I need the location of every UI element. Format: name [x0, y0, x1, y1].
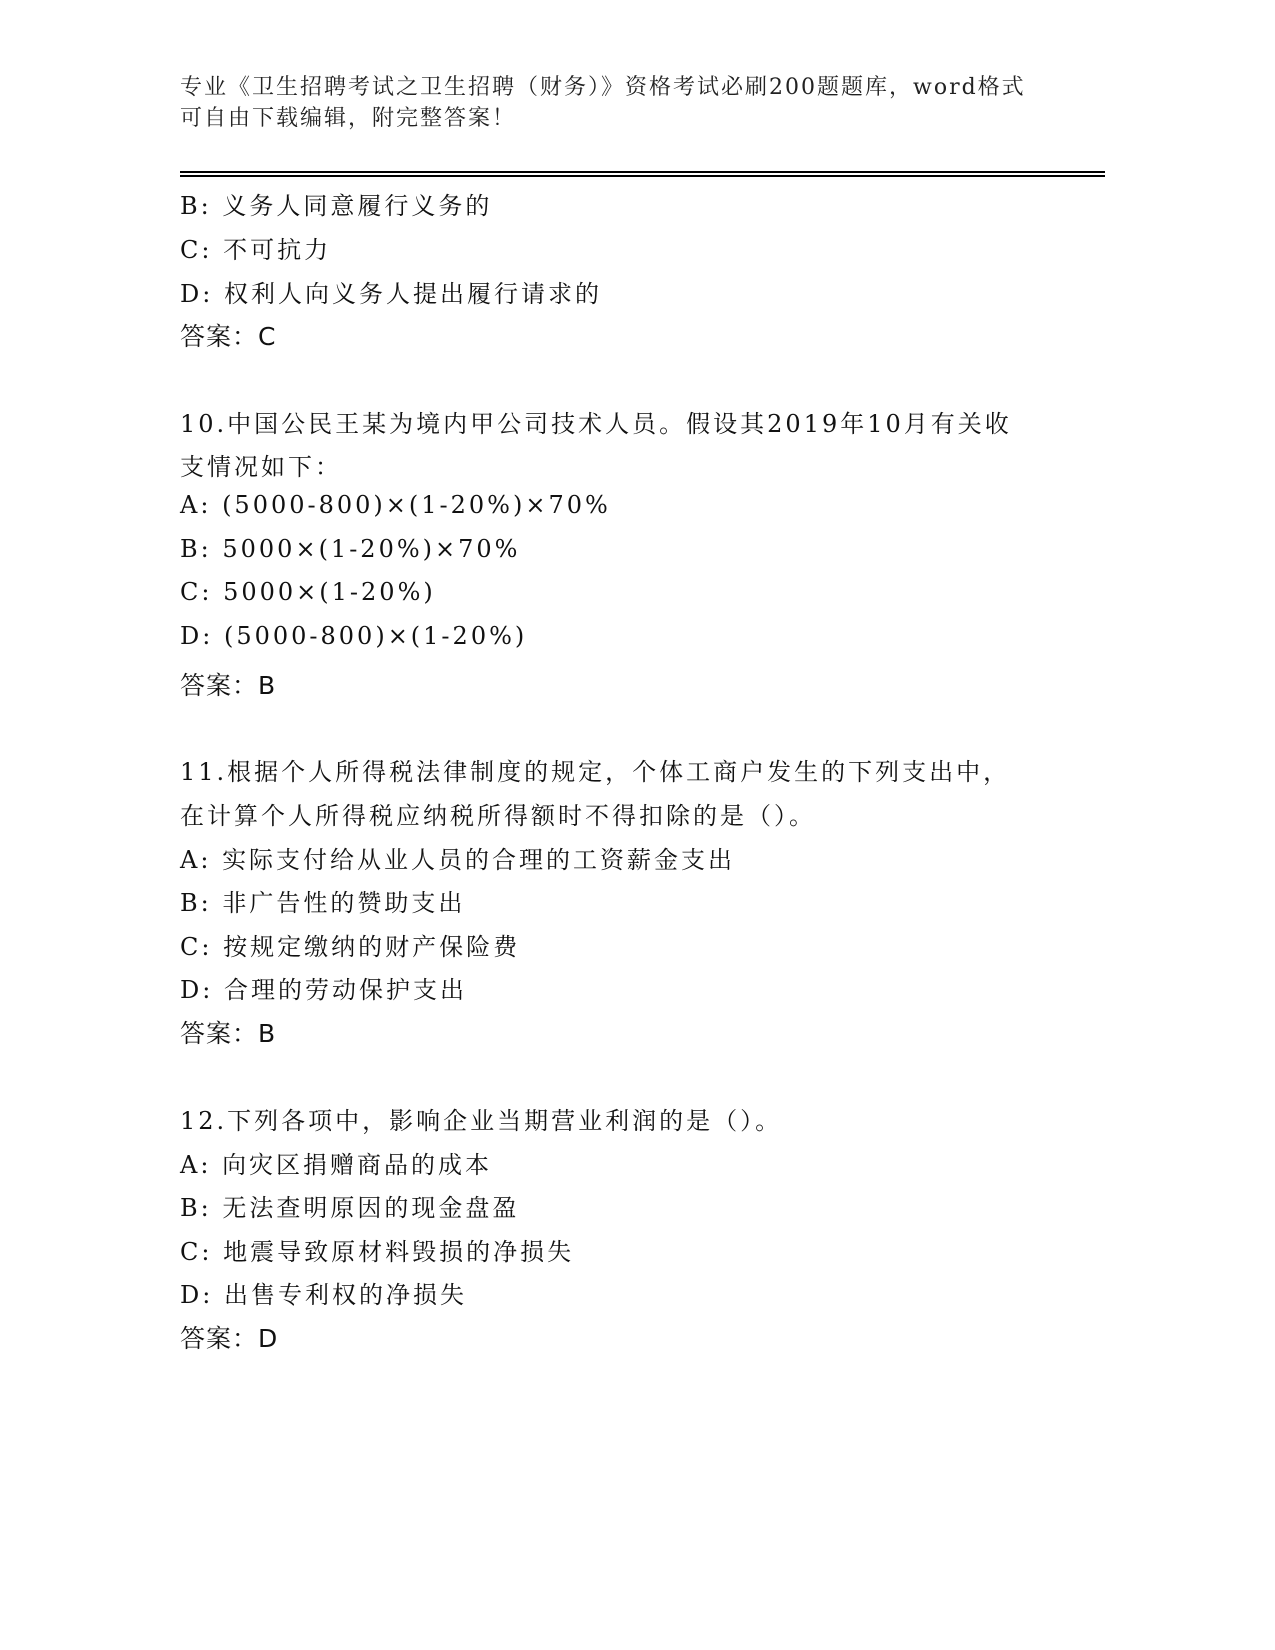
header-line-1: 专业《卫生招聘考试之卫生招聘（财务）》资格考试必刷200题题库，word格式 [180, 72, 1040, 103]
answer: 答案：B [180, 666, 276, 702]
answer: 答案：C [180, 317, 276, 353]
option-a: A: 向灾区捐赠商品的成本 [180, 1145, 492, 1180]
option-d: D: 合理的劳动保护支出 [180, 970, 467, 1005]
option-c: C: 按规定缴纳的财产保险费 [180, 927, 520, 962]
option-d: D: 出售专利权的净损失 [180, 1275, 467, 1310]
option-d: D: (5000-800)×(1-20%) [180, 622, 527, 650]
option-a: A: (5000-800)×(1-20%)×70% [180, 491, 611, 519]
question-12-stem-1: 12.下列各项中，影响企业当期营业利润的是（）。 [180, 1101, 782, 1136]
header-line-2: 可自由下载编辑，附完整答案！ [180, 103, 1040, 134]
document-header: 专业《卫生招聘考试之卫生招聘（财务）》资格考试必刷200题题库，word格式 可… [180, 72, 1040, 134]
option-d: D: 权利人向义务人提出履行请求的 [180, 274, 602, 309]
answer: 答案：B [180, 1014, 276, 1050]
question-10-stem-2: 支情况如下： [180, 447, 342, 482]
option-b: B: 5000×(1-20%)×70% [180, 535, 520, 563]
question-11-stem-2: 在计算个人所得税应纳税所得额时不得扣除的是（）。 [180, 796, 816, 831]
option-c: C: 地震导致原材料毁损的净损失 [180, 1232, 574, 1267]
option-a: A: 实际支付给从业人员的合理的工资薪金支出 [180, 840, 735, 875]
question-11-stem-1: 11.根据个人所得税法律制度的规定，个体工商户发生的下列支出中， [180, 752, 1010, 787]
option-b: B: 无法查明原因的现金盘盈 [180, 1188, 519, 1223]
option-b: B: 非广告性的赞助支出 [180, 883, 465, 918]
answer: 答案：D [180, 1319, 278, 1355]
question-10-stem-1: 10.中国公民王某为境内甲公司技术人员。假设其2019年10月有关收 [180, 404, 1012, 439]
header-divider [180, 171, 1105, 177]
option-b: B: 义务人同意履行义务的 [180, 186, 492, 221]
option-c: C: 5000×(1-20%) [180, 578, 436, 606]
option-c: C: 不可抗力 [180, 230, 331, 265]
